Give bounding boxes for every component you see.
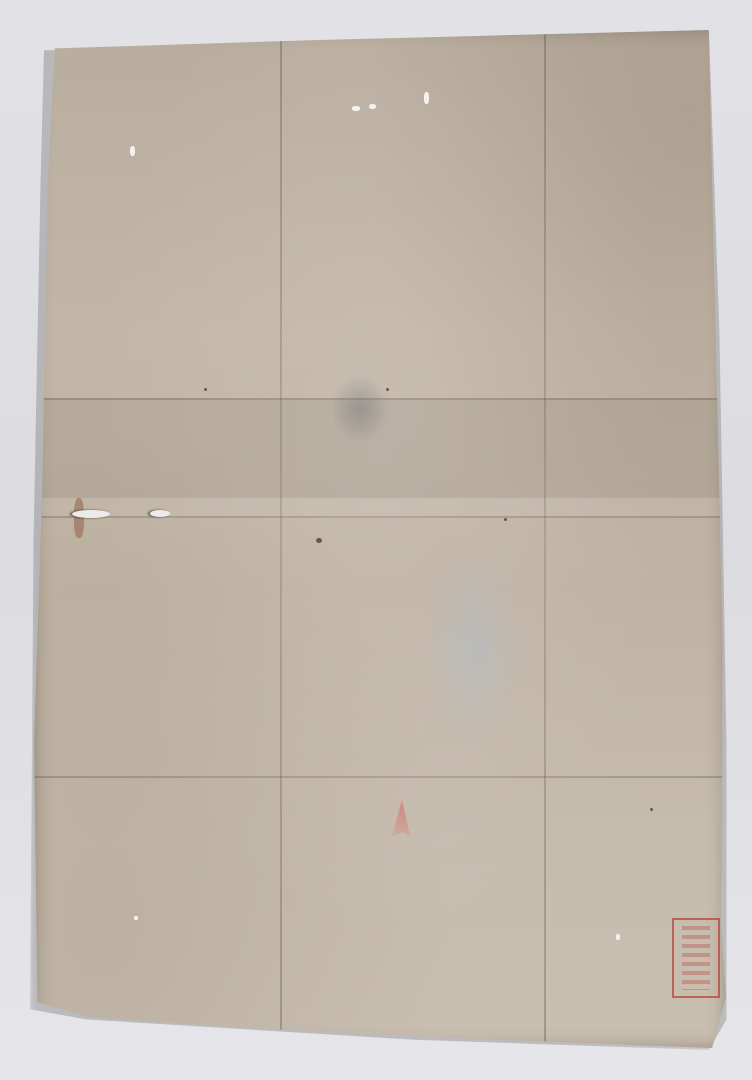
white-speck — [369, 104, 376, 109]
photo-scene — [0, 0, 752, 1080]
white-speck — [616, 934, 620, 940]
red-seal-stamp — [672, 918, 720, 998]
light-band — [34, 498, 726, 518]
paper-hole — [72, 510, 110, 518]
white-speck — [424, 92, 429, 104]
gray-stain — [330, 374, 390, 444]
edge-darkening — [34, 28, 726, 1048]
paper-hole — [150, 510, 170, 517]
white-speck — [352, 106, 360, 111]
vertical-fold-line — [544, 28, 546, 1048]
dark-speck — [504, 518, 507, 521]
seal-characters — [682, 926, 710, 990]
paper-sheet — [34, 28, 726, 1048]
horizontal-fold-line — [34, 776, 726, 778]
vertical-fold-line — [280, 28, 282, 1048]
dark-speck — [316, 538, 322, 543]
dark-speck — [386, 388, 389, 391]
dark-speck — [204, 388, 207, 391]
dark-speck — [650, 808, 653, 811]
white-speck — [130, 146, 135, 156]
blue-stain — [424, 548, 524, 748]
edge-stain — [74, 498, 84, 538]
horizontal-fold-line — [34, 516, 726, 518]
white-speck — [134, 916, 138, 920]
